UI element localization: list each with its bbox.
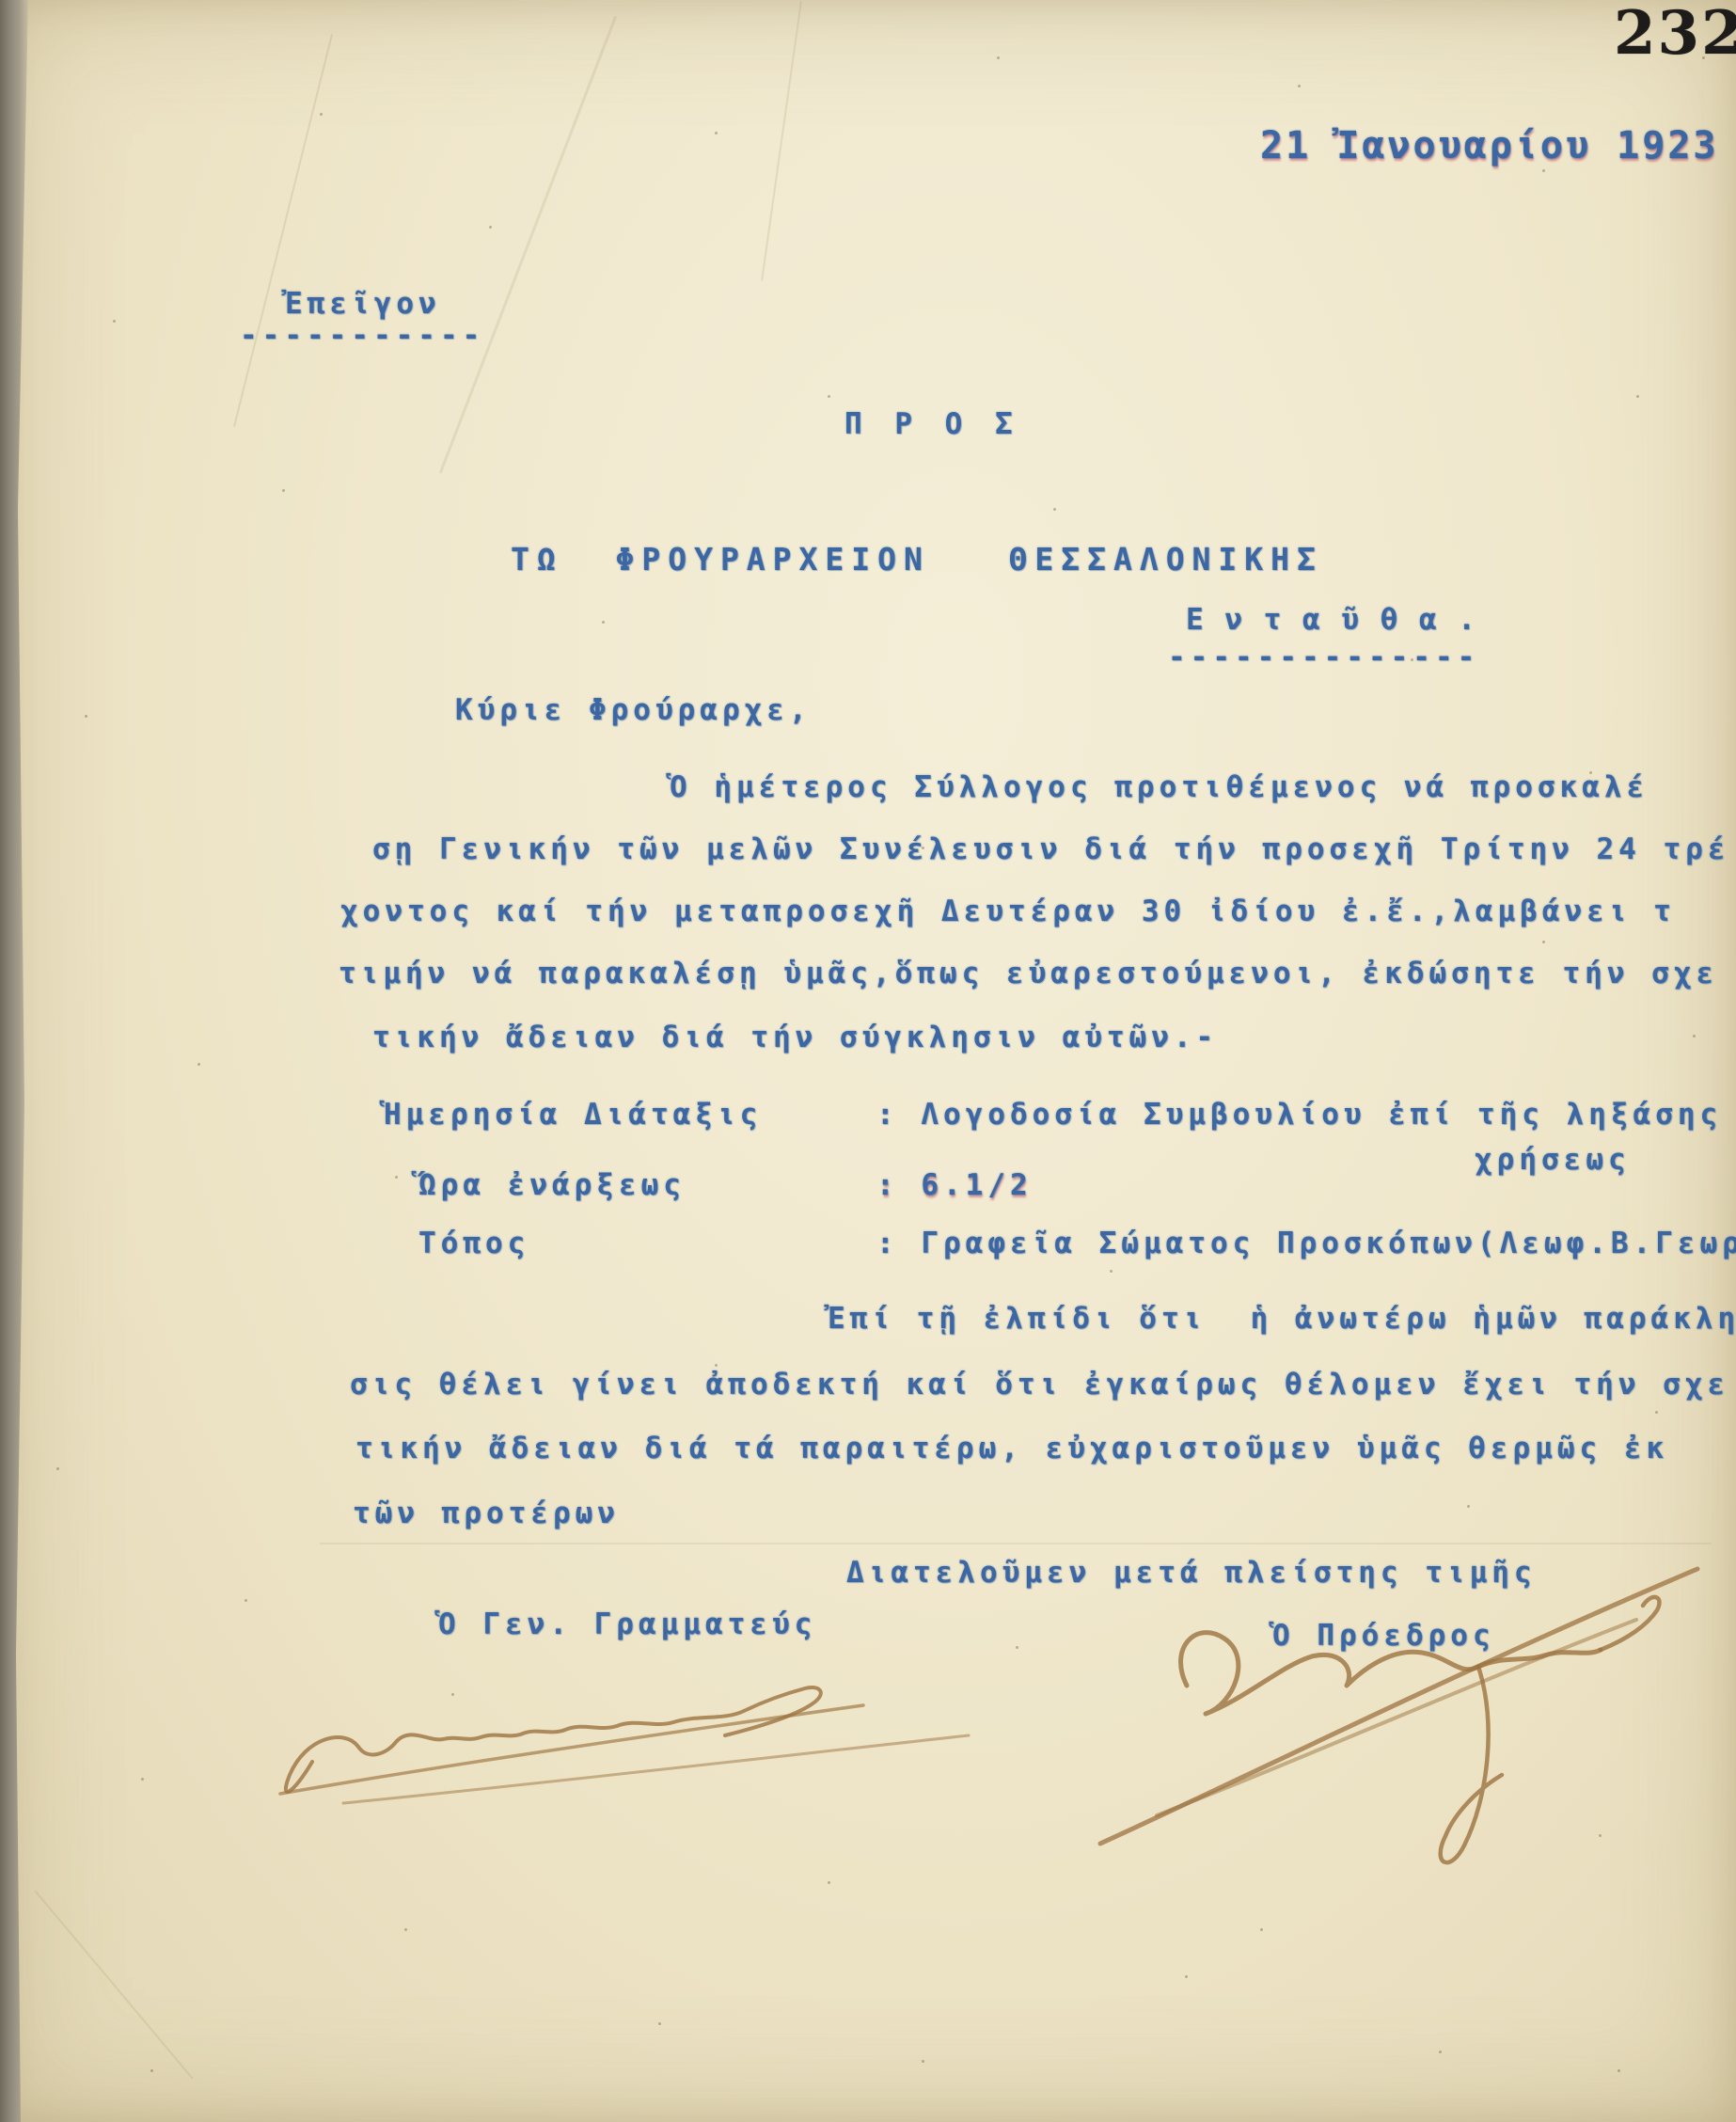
body-line: τικήν ἄδειαν διά τά παραιτέρω, εὐχαριστο… bbox=[355, 1433, 1668, 1466]
secretary-signature bbox=[254, 1651, 987, 1829]
recipient-heading: Π Ρ Ο Σ bbox=[844, 408, 1020, 442]
body-line: σις θέλει γίνει ἀποδεκτή καί ὅτι ἐγκαίρω… bbox=[350, 1369, 1729, 1402]
agenda-value-continuation: χρήσεως bbox=[1475, 1144, 1631, 1178]
scanned-letter-page: { "colors": { "ink_blue": "#2f5e9f", "in… bbox=[0, 0, 1736, 2122]
body-line: χοντος καί τήν μεταπροσεχῆ Δευτέραν 30 ἰ… bbox=[340, 895, 1676, 929]
recipient-name: ΤΩ ΦΡΟΥΡΑΡΧΕΙΟΝ ΘΕΣΣΑΛΟΝΙΚΗΣ bbox=[511, 542, 1323, 578]
time-label: Ὥρα ἐνάρξεως bbox=[418, 1169, 686, 1203]
paper-specks bbox=[0, 0, 3, 3]
greeting-line: Κύριε Φρούραρχε, bbox=[455, 694, 812, 728]
crease-line bbox=[233, 34, 333, 427]
secretary-title: Ὁ Γεν. Γραμματεύς bbox=[438, 1608, 816, 1642]
location-value: : Γραφεῖα Σώματος Προσκόπων(Λεωφ.Β.Γεωρ bbox=[876, 1227, 1736, 1261]
date-line: 21 Ἰανουαρίου 1923 bbox=[1260, 124, 1718, 167]
agenda-label: Ἡμερησία Διάταξις bbox=[384, 1099, 762, 1132]
place-underline: -------------- bbox=[1168, 641, 1479, 675]
page-number: 232 bbox=[1614, 4, 1736, 64]
agenda-value: : Λογοδοσία Συμβουλίου ἐπί τῆς ληξάσης bbox=[876, 1099, 1722, 1132]
urgency-underline: ----------- bbox=[240, 320, 484, 354]
body-line: Ὁ ἡμέτερος Σύλλογος προτιθέμενος νά προσ… bbox=[670, 771, 1649, 805]
crease-line bbox=[35, 1891, 194, 2079]
crease-line bbox=[761, 1, 802, 280]
body-line: τικήν ἄδειαν διά τήν σύγκλησιν αὐτῶν.- bbox=[372, 1021, 1218, 1055]
president-signature bbox=[1072, 1533, 1730, 1909]
time-value: : 6.1/2 bbox=[876, 1169, 1033, 1203]
urgency-label: Ἐπεῖγον bbox=[285, 288, 441, 322]
body-line: σῃ Γενικήν τῶν μελῶν Συνέλευσιν διά τήν … bbox=[372, 833, 1729, 867]
body-line: τῶν προτέρων bbox=[353, 1497, 620, 1531]
body-line: Ἐπί τῇ ἐλπίδι ὅτι ἡ ἀνωτέρω ἡμῶν παράκλη bbox=[828, 1303, 1736, 1337]
crease-line bbox=[439, 16, 617, 474]
place-line: Ε ν τ α ῦ θ α . bbox=[1186, 604, 1477, 638]
location-label: Τόπος bbox=[418, 1227, 529, 1261]
body-line: τιμήν νά παρακαλέσῃ ὑμᾶς,ὅπως εὐαρεστούμ… bbox=[339, 958, 1718, 991]
